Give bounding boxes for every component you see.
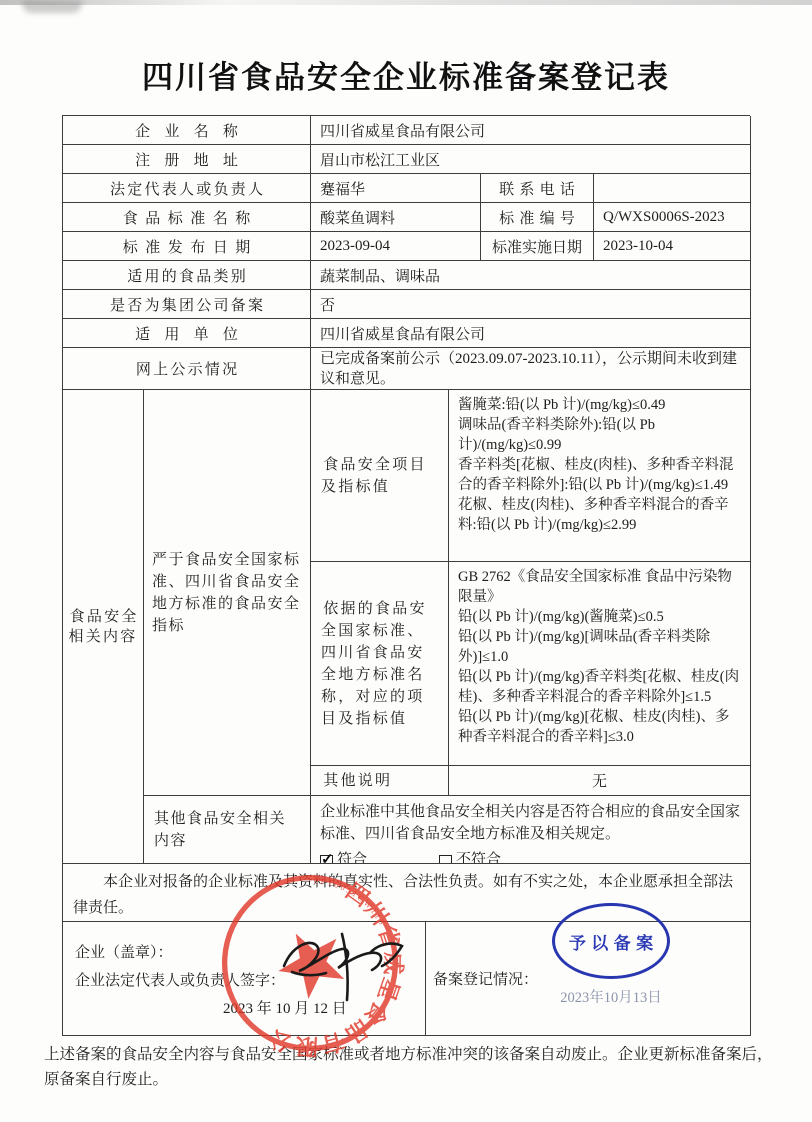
- unchecked-checkbox-icon: [439, 855, 452, 865]
- signature-stroke: [342, 934, 348, 1000]
- legal-representative-label: 法定代表人或负责人: [63, 174, 311, 203]
- other-safety-content-label: 其他食品安全相关内容: [144, 796, 311, 864]
- indicator-items-label: 食品安全项目及指标值: [311, 390, 449, 562]
- approval-stamp-text: 予以备案: [563, 929, 658, 954]
- standard-number-value: Q/WXS0006S-2023: [594, 203, 751, 232]
- scan-artifact-corner: [22, 0, 82, 13]
- contact-phone-label: 联系电话: [481, 174, 594, 203]
- handwritten-signature: [272, 910, 422, 1010]
- contact-phone-value: [594, 174, 751, 203]
- other-note-label: 其他说明: [311, 766, 449, 796]
- standard-name-value: 酸菜鱼调料: [311, 203, 481, 232]
- standard-number-label: 标准编号: [481, 203, 594, 232]
- publish-date-label: 标准发布日期: [63, 232, 311, 261]
- basis-standards-content: GB 2762《食品安全国家标准 食品中污染物限量》 铅(以 Pb 计)/(mg…: [449, 562, 751, 766]
- standard-name-label: 食品标准名称: [63, 203, 311, 232]
- indicator-item: 调味品(香辛料类除外):铅(以 Pb 计)/(mg/kg)≤0.99: [458, 415, 741, 455]
- approval-stamp-date: 2023年10月13日: [548, 986, 674, 1007]
- group-filing-value: 否: [311, 290, 751, 319]
- signature-stroke: [284, 943, 381, 971]
- checked-checkbox-icon: ✓: [320, 855, 333, 865]
- indicator-items-content: 酱腌菜:铅(以 Pb 计)/(mg/kg)≤0.49 调味品(香辛料类除外):铅…: [449, 390, 751, 562]
- applicable-unit-value: 四川省威星食品有限公司: [311, 319, 751, 348]
- food-safety-section: 食品安全 相关内容 严于食品安全国家标准、四川省食品安全地方标准的食品安全指标 …: [63, 390, 750, 864]
- public-notice-section: 网上公示情况 已完成备案前公示（2023.09.07-2023.10.11），公…: [63, 348, 750, 390]
- other-safety-content: 企业标准中其他食品安全相关内容是否符合相应的食品安全国家标准、四川省食品安全地方…: [311, 796, 751, 864]
- registered-address-value: 眉山市松江工业区: [311, 145, 751, 174]
- basis-item: 铅(以 Pb 计)/(mg/kg)(酱腌菜)≤0.5: [458, 607, 741, 627]
- check-mark-icon: ✓: [321, 849, 334, 865]
- approval-stamp: 予以备案: [552, 903, 670, 979]
- company-name-value: 四川省威星食品有限公司: [311, 116, 751, 145]
- signature-strokes: [284, 934, 402, 1000]
- food-safety-section-label: 食品安全 相关内容: [63, 390, 144, 864]
- signature-stroke: [370, 944, 402, 966]
- scanned-document-page: 四川省食品安全企业标准备案登记表 企业名称 四川省威星食品有限公司 注册地址 眉…: [0, 0, 812, 1122]
- group-filing-label: 是否为集团公司备案: [63, 290, 311, 319]
- company-name-label: 企业名称: [63, 116, 311, 145]
- indicator-item: 酱腌菜:铅(以 Pb 计)/(mg/kg)≤0.49: [458, 395, 741, 415]
- basis-item: 铅(以 Pb 计)/(mg/kg)香辛料类[花椒、桂皮(肉桂)、多种香辛料混合的…: [458, 667, 741, 707]
- scan-artifact-top: [0, 0, 812, 5]
- basis-standards-label: 依据的食品安全国家标准、四川省食品安全地方标准名称，对应的项目及指标值: [311, 562, 449, 766]
- registration-status-label: 备案登记情况：: [433, 968, 538, 989]
- compliance-checkline: ✓ 符合 不符合: [320, 849, 741, 864]
- implement-date-label: 标准实施日期: [481, 232, 594, 261]
- basis-item: 铅(以 Pb 计)/(mg/kg)[调味品(香辛料类除外)]≤1.0: [458, 627, 741, 667]
- stricter-indicator-label: 严于食品安全国家标准、四川省食品安全地方标准的食品安全指标: [144, 390, 311, 796]
- indicator-item: 花椒、桂皮(肉桂)、多种香辛料混合的香辛料:铅(以 Pb 计)/(mg/kg)≤…: [458, 495, 741, 535]
- basis-item: 铅(以 Pb 计)/(mg/kg)[花椒、桂皮(肉桂)、多种香辛料混合的香辛料]…: [458, 707, 741, 747]
- other-note-value: 无: [449, 766, 751, 796]
- food-category-label: 适用的食品类别: [63, 261, 311, 290]
- legal-representative-value: 蹇福华: [311, 174, 481, 203]
- basic-info-section: 企业名称 四川省威星食品有限公司 注册地址 眉山市松江工业区 法定代表人或负责人…: [63, 116, 750, 348]
- public-notice-value: 已完成备案前公示（2023.09.07-2023.10.11），公示期间未收到建…: [311, 348, 751, 390]
- footnote-text: 上述备案的食品安全内容与食品安全国家标准或者地方标准冲突的该备案自动废止。企业更…: [44, 1042, 774, 1092]
- registered-address-label: 注册地址: [63, 145, 311, 174]
- public-notice-label: 网上公示情况: [63, 348, 311, 390]
- document-title: 四川省食品安全企业标准备案登记表: [0, 52, 812, 97]
- other-safety-text: 企业标准中其他食品安全相关内容是否符合相应的食品安全国家标准、四川省食品安全地方…: [320, 801, 741, 845]
- non-compliant-option-label: 不符合: [456, 849, 501, 864]
- indicator-item: 香辛料类[花椒、桂皮(肉桂)、多种香辛料混合的香辛料除外]:铅(以 Pb 计)/…: [458, 455, 741, 495]
- food-category-value: 蔬菜制品、调味品: [311, 261, 751, 290]
- basis-item: GB 2762《食品安全国家标准 食品中污染物限量》: [458, 567, 741, 607]
- compliant-option-label: 符合: [337, 849, 367, 864]
- applicable-unit-label: 适用单位: [63, 319, 311, 348]
- publish-date-value: 2023-09-04: [311, 232, 481, 261]
- signature-stroke: [292, 972, 326, 975]
- implement-date-value: 2023-10-04: [594, 232, 751, 261]
